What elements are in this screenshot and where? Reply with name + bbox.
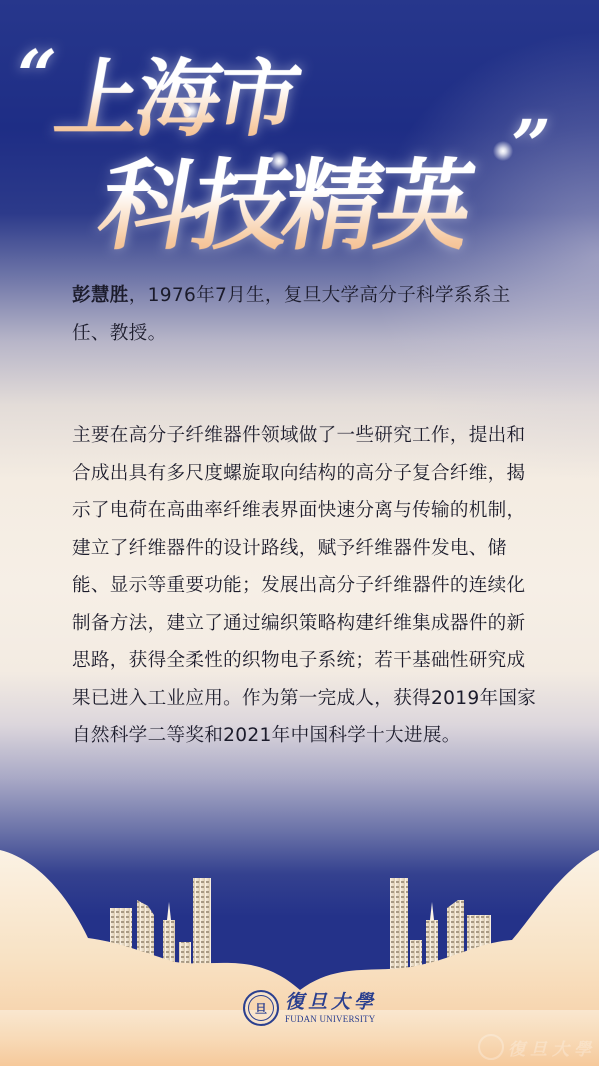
bio-main: 主要在高分子纤维器件领域做了一些研究工作，提出和合成出具有多尺度螺旋取向结构的高… [72, 417, 542, 755]
watermark: 復旦大學 [478, 1034, 596, 1060]
logo-name-cn: 復旦大學 [285, 991, 377, 1013]
fudan-logo: 旦 復旦大學 FUDAN UNIVERSITY [243, 990, 377, 1026]
poster-title: “ 上海市 科技精英 ” [0, 0, 599, 260]
sparkle-icon [492, 140, 514, 162]
bio-paragraph: 主要在高分子纤维器件领域做了一些研究工作，提出和合成出具有多尺度螺旋取向结构的高… [72, 417, 542, 755]
person-name: 彭慧胜 [72, 285, 129, 306]
intro-text: ，1976年7月生，复旦大学高分子科学系系主任、教授。 [72, 285, 511, 344]
watermark-text: 復旦大學 [508, 1035, 596, 1060]
poster: “ 上海市 科技精英 ” 彭慧胜，1976年7月生，复旦大学高分子科学系系主任、… [0, 0, 599, 1066]
logo-name-en: FUDAN UNIVERSITY [285, 1013, 377, 1025]
university-seal-icon: 旦 [243, 990, 279, 1026]
watermark-seal-icon [478, 1034, 504, 1060]
title-open-quote: “ [7, 34, 62, 117]
bio-intro: 彭慧胜，1976年7月生，复旦大学高分子科学系系主任、教授。 [72, 277, 542, 352]
sparkle-icon [180, 100, 202, 122]
sparkle-icon [268, 150, 290, 172]
